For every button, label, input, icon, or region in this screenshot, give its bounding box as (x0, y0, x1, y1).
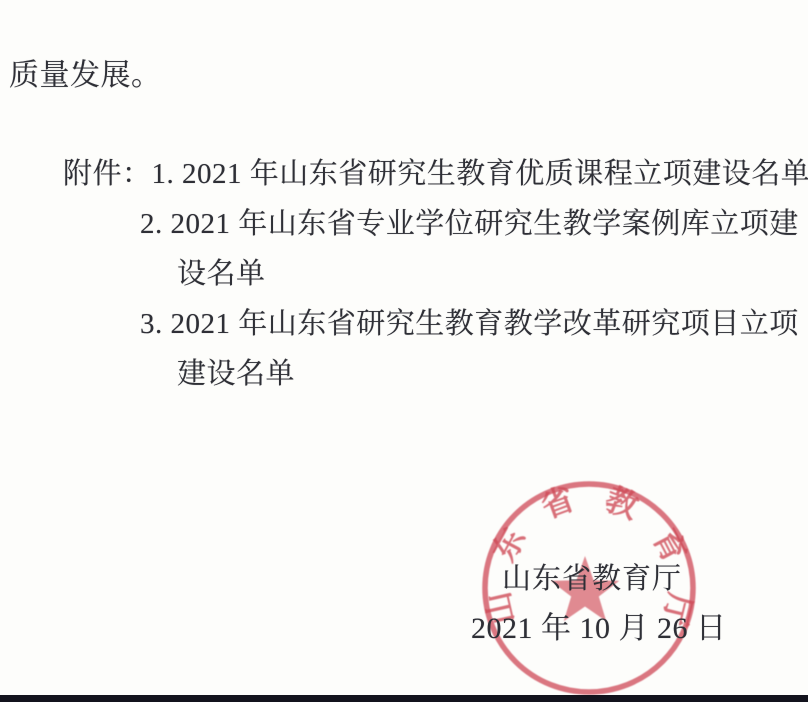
bottom-border-bar (0, 695, 808, 702)
attachment-list-line-4: 3. 2021 年山东省研究生教育教学改革研究项目立项 (140, 301, 799, 342)
signature-agency-name: 山东省教育厅 (502, 556, 682, 597)
signature-date: 2021 年 10 月 26 日 (471, 603, 727, 647)
attachment-list-line-3: 设名单 (177, 251, 266, 292)
paragraph-ending-text: 质量发展。 (9, 50, 162, 94)
attachment-list-line-2: 2. 2021 年山东省专业学位研究生教学案例库立项建 (140, 201, 799, 242)
attachment-list-line-1: 附件：1. 2021 年山东省研究生教育优质课程立项建设名单 (63, 151, 808, 192)
attachment-list-line-5: 建设名单 (177, 351, 295, 392)
scanned-official-document-page: 质量发展。 附件：1. 2021 年山东省研究生教育优质课程立项建设名单 2. … (0, 0, 808, 702)
